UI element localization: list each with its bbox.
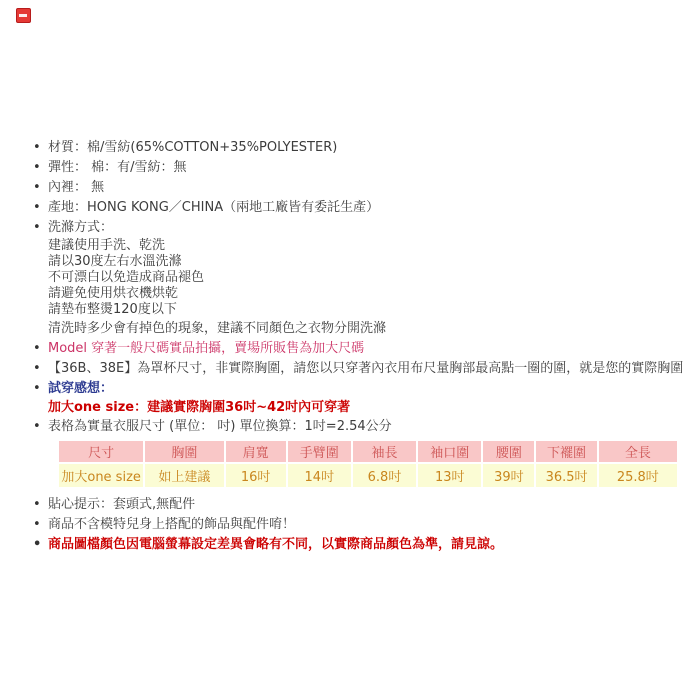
- tip-note: 貼心提示：套頭式,無配件: [30, 495, 682, 515]
- detail-origin-text: 產地：HONG KONG／CHINA（兩地工廠皆有委託生產）: [48, 200, 379, 215]
- footer-note-list: 貼心提示：套頭式,無配件 商品不含模特兒身上搭配的飾品與配件唷！ 商品圖檔顏色因…: [30, 495, 682, 555]
- product-detail-list: 材質：棉/雪紡(65%COTTON+35%POLYESTER) 彈性： 棉：有/…: [30, 138, 682, 437]
- size-table-cell: 36.5吋: [536, 464, 596, 487]
- fitting-advice: 加大one size：建議實際胸圍36吋~42吋內可穿著: [48, 399, 682, 417]
- washing-step: 不可漂白以免造成商品褪色: [48, 270, 682, 286]
- fitting-impression: 試穿感想： 加大one size：建議實際胸圍36吋~42吋內可穿著: [30, 379, 682, 417]
- detail-lining: 內裡： 無: [30, 178, 682, 198]
- size-table-header-cell: 袖口圍: [418, 441, 481, 462]
- detail-material: 材質：棉/雪紡(65%COTTON+35%POLYESTER): [30, 138, 682, 158]
- washing-title: 洗滌方式：: [48, 218, 682, 238]
- color-disclaimer-text: 商品圖檔顏色因電腦螢幕設定差異會略有不同，以實際商品顏色為準，請見諒。: [48, 537, 503, 552]
- size-table-header-cell: 腰圍: [483, 441, 534, 462]
- size-table-cell: 25.8吋: [599, 464, 677, 487]
- washing-step: 請避免使用烘衣機烘乾: [48, 286, 682, 302]
- detail-washing: 洗滌方式： 建議使用手洗、乾洗 請以30度左右水溫洗滌 不可漂白以免造成商品褪色…: [30, 218, 682, 339]
- washing-note: 清洗時多少會有掉色的現象，建議不同顏色之衣物分開洗滌: [48, 319, 682, 339]
- size-table-header-cell: 全長: [599, 441, 677, 462]
- broken-image-icon: [16, 8, 31, 23]
- size-table-header-cell: 胸圍: [145, 441, 223, 462]
- detail-lining-text: 內裡： 無: [48, 180, 104, 195]
- size-table-header-cell: 下襬圍: [536, 441, 596, 462]
- washing-step: 請以30度左右水溫洗滌: [48, 254, 682, 270]
- size-table-header-cell: 袖長: [353, 441, 416, 462]
- size-table: 尺寸胸圍肩寬手臂圍袖長袖口圍腰圍下襬圍全長 加大one size如上建議16吋1…: [57, 439, 679, 489]
- cup-size-note-text: 【36B、38E】為罩杯尺寸，非實際胸圍，請您以只穿著內衣用布尺量胸部最高點一圈…: [48, 361, 683, 376]
- size-table-body: 加大one size如上建議16吋14吋6.8吋13吋39吋36.5吋25.8吋: [59, 464, 677, 487]
- size-table-cell: 16吋: [226, 464, 286, 487]
- accessories-note-text: 商品不含模特兒身上搭配的飾品與配件唷！: [48, 517, 295, 532]
- detail-elasticity: 彈性： 棉：有/雪紡：無: [30, 158, 682, 178]
- detail-elasticity-text: 彈性： 棉：有/雪紡：無: [48, 160, 187, 175]
- tip-note-text: 貼心提示：套頭式,無配件: [48, 497, 195, 512]
- size-table-note-text: 表格為實量衣服尺寸 (單位： 吋) 單位換算：1吋=2.54公分: [48, 419, 392, 434]
- size-table-cell: 6.8吋: [353, 464, 416, 487]
- product-description: 材質：棉/雪紡(65%COTTON+35%POLYESTER) 彈性： 棉：有/…: [30, 138, 682, 555]
- size-table-header-row: 尺寸胸圍肩寬手臂圍袖長袖口圍腰圍下襬圍全長: [59, 441, 677, 462]
- size-table-cell: 14吋: [288, 464, 351, 487]
- size-table-cell: 39吋: [483, 464, 534, 487]
- size-table-header-cell: 肩寬: [226, 441, 286, 462]
- accessories-note: 商品不含模特兒身上搭配的飾品與配件唷！: [30, 515, 682, 535]
- detail-material-text: 材質：棉/雪紡(65%COTTON+35%POLYESTER): [48, 140, 337, 155]
- model-note: Model 穿著一般尺碼實品拍攝，賣場所販售為加大尺碼: [30, 339, 682, 359]
- fitting-title: 試穿感想：: [48, 379, 682, 399]
- detail-origin: 產地：HONG KONG／CHINA（兩地工廠皆有委託生產）: [30, 198, 682, 218]
- size-table-cell: 加大one size: [59, 464, 143, 487]
- model-note-text: Model 穿著一般尺碼實品拍攝，賣場所販售為加大尺碼: [48, 341, 364, 356]
- size-table-cell: 13吋: [418, 464, 481, 487]
- size-table-header-cell: 手臂圍: [288, 441, 351, 462]
- washing-step: 建議使用手洗、乾洗: [48, 238, 682, 254]
- size-table-header-cell: 尺寸: [59, 441, 143, 462]
- size-table-cell: 如上建議: [145, 464, 223, 487]
- cup-size-note: 【36B、38E】為罩杯尺寸，非實際胸圍，請您以只穿著內衣用布尺量胸部最高點一圈…: [30, 359, 682, 379]
- size-table-note: 表格為實量衣服尺寸 (單位： 吋) 單位換算：1吋=2.54公分: [30, 417, 682, 437]
- color-disclaimer: 商品圖檔顏色因電腦螢幕設定差異會略有不同，以實際商品顏色為準，請見諒。: [30, 535, 682, 555]
- washing-step: 請墊布整燙120度以下: [48, 302, 682, 318]
- size-table-row: 加大one size如上建議16吋14吋6.8吋13吋39吋36.5吋25.8吋: [59, 464, 677, 487]
